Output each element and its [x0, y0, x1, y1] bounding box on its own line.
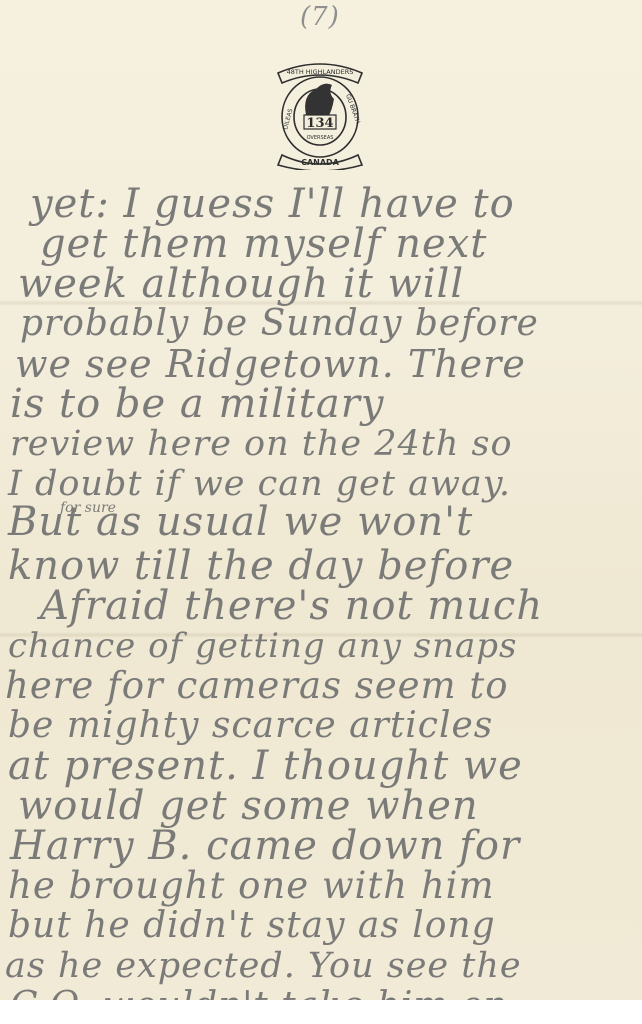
- svg-text:134: 134: [306, 116, 333, 131]
- text-line: here for cameras seem to: [5, 664, 642, 708]
- text-line: he brought one with him: [8, 864, 642, 908]
- page-number: (7): [300, 2, 340, 32]
- text-line: at present. I thought we: [8, 744, 642, 788]
- svg-text:OVERSEAS: OVERSEAS: [307, 135, 334, 141]
- letter-page: (7) 134 48TH HIGHLANDERS CANADA DILEAS G…: [0, 0, 642, 1000]
- text-line: as he expected. You see the: [5, 944, 642, 988]
- svg-text:48TH HIGHLANDERS: 48TH HIGHLANDERS: [287, 68, 354, 76]
- svg-text:GU BRATH: GU BRATH: [344, 93, 361, 124]
- text-line: know till the day before: [8, 544, 642, 588]
- text-line: yet: I guess I'll have to: [30, 182, 642, 226]
- text-line: chance of getting any snaps: [8, 624, 642, 668]
- text-line: week although it will: [18, 262, 642, 306]
- text-line: Afraid there's not much: [40, 584, 642, 628]
- regimental-crest-icon: 134 48TH HIGHLANDERS CANADA DILEAS GU BR…: [272, 55, 368, 170]
- text-line: would get some when: [18, 784, 642, 828]
- svg-text:DILEAS: DILEAS: [282, 108, 294, 131]
- interlinear-insertion: for sure: [60, 500, 116, 516]
- text-line: probably be Sunday before: [20, 302, 642, 346]
- text-line: is to be a military: [10, 382, 642, 426]
- text-line: but he didn't stay as long: [8, 904, 642, 948]
- text-line: get them myself next: [40, 222, 642, 266]
- text-line: review here on the 24th so: [10, 422, 642, 466]
- text-line: Harry B. came down for: [10, 824, 642, 868]
- text-line: we see Ridgetown. There: [15, 342, 642, 386]
- svg-text:CANADA: CANADA: [301, 158, 340, 167]
- text-line: C.O. wouldn't take him on: [10, 984, 642, 1000]
- text-line: be mighty scarce articles: [8, 704, 642, 748]
